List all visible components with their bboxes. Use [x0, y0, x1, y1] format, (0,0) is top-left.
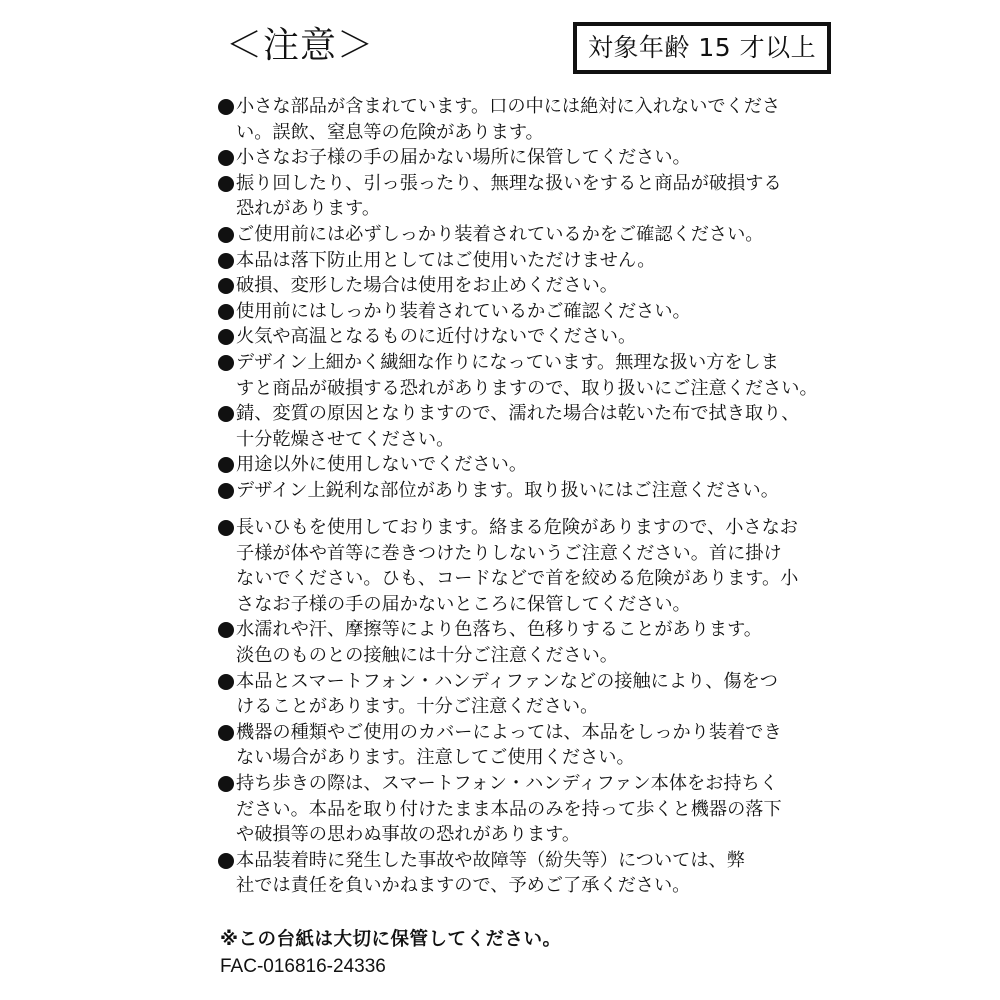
caution-item: 破損、変形した場合は使用をお止めください。	[218, 273, 848, 299]
caution-item: 用途以外に使用しないでください。	[218, 452, 848, 478]
caution-item: 使用前にはしっかり装着されているかご確認ください。	[218, 299, 848, 325]
caution-item-text: 火気や高温となるものに近付けないでください。	[236, 324, 848, 350]
bullet-icon	[218, 227, 234, 243]
caution-item-text: 本品とスマートフォン・ハンディファンなどの接触により、傷をつ けることがあります…	[236, 669, 848, 720]
caution-item-text: 破損、変形した場合は使用をお止めください。	[236, 273, 848, 299]
caution-item-text: 振り回したり、引っ張ったり、無理な扱いをすると商品が破損する 恐れがあります。	[236, 171, 848, 222]
caution-item: 本品装着時に発生した事故や故障等（紛失等）については、弊 社では責任を負いかねま…	[218, 848, 848, 899]
bullet-icon	[218, 725, 234, 741]
caution-list-product: 長いひもを使用しております。絡まる危険がありますので、小さなお 子様が体や首等に…	[218, 515, 848, 899]
caution-item-text: 長いひもを使用しております。絡まる危険がありますので、小さなお 子様が体や首等に…	[236, 515, 848, 617]
caution-item: 本品とスマートフォン・ハンディファンなどの接触により、傷をつ けることがあります…	[218, 669, 848, 720]
caution-item: 長いひもを使用しております。絡まる危険がありますので、小さなお 子様が体や首等に…	[218, 515, 848, 617]
age-rating-label: 対象年齢 15 才以上	[588, 26, 816, 70]
bullet-icon	[218, 99, 234, 115]
bullet-icon	[218, 776, 234, 792]
bullet-icon	[218, 176, 234, 192]
caution-title: ＜注意＞	[226, 20, 374, 72]
caution-item: デザイン上鋭利な部位があります。取り扱いにはご注意ください。	[218, 478, 848, 504]
product-code: FAC-016816-24336	[220, 954, 386, 980]
caution-item-text: 持ち歩きの際は、スマートフォン・ハンディファン本体をお持ちく ださい。本品を取り…	[236, 771, 848, 848]
caution-item: デザイン上細かく繊細な作りになっています。無理な扱い方をしま すと商品が破損する…	[218, 350, 848, 401]
caution-item: 振り回したり、引っ張ったり、無理な扱いをすると商品が破損する 恐れがあります。	[218, 171, 848, 222]
caution-item-text: 水濡れや汗、摩擦等により色落ち、色移りすることがあります。 淡色のものとの接触に…	[236, 617, 848, 668]
caution-item-text: 小さな部品が含まれています。口の中には絶対に入れないでくださ い。誤飲、窒息等の…	[236, 94, 848, 145]
bullet-icon	[218, 304, 234, 320]
bullet-icon	[218, 853, 234, 869]
caution-item: 水濡れや汗、摩擦等により色落ち、色移りすることがあります。 淡色のものとの接触に…	[218, 617, 848, 668]
caution-item-text: 機器の種類やご使用のカバーによっては、本品をしっかり装着でき ない場合があります…	[236, 720, 848, 771]
bullet-icon	[218, 355, 234, 371]
caution-item: 持ち歩きの際は、スマートフォン・ハンディファン本体をお持ちく ださい。本品を取り…	[218, 771, 848, 848]
bullet-icon	[218, 150, 234, 166]
keep-card-note: ※この台紙は大切に保管してください。	[220, 927, 562, 953]
bullet-icon	[218, 278, 234, 294]
caution-item-text: ご使用前には必ずしっかり装着されているかをご確認ください。	[236, 222, 848, 248]
caution-list-general: 小さな部品が含まれています。口の中には絶対に入れないでくださ い。誤飲、窒息等の…	[218, 94, 848, 504]
caution-item: 錆、変質の原因となりますので、濡れた場合は乾いた布で拭き取り、 十分乾燥させてく…	[218, 401, 848, 452]
bullet-icon	[218, 520, 234, 536]
caution-item-text: 本品は落下防止用としてはご使用いただけません。	[236, 248, 848, 274]
caution-item-text: デザイン上鋭利な部位があります。取り扱いにはご注意ください。	[236, 478, 848, 504]
caution-item: ご使用前には必ずしっかり装着されているかをご確認ください。	[218, 222, 848, 248]
bullet-icon	[218, 483, 234, 499]
caution-item: 火気や高温となるものに近付けないでください。	[218, 324, 848, 350]
caution-item: 小さなお子様の手の届かない場所に保管してください。	[218, 145, 848, 171]
caution-item-text: 本品装着時に発生した事故や故障等（紛失等）については、弊 社では責任を負いかねま…	[236, 848, 848, 899]
caution-item-text: デザイン上細かく繊細な作りになっています。無理な扱い方をしま すと商品が破損する…	[236, 350, 848, 401]
caution-item-text: 使用前にはしっかり装着されているかご確認ください。	[236, 299, 848, 325]
bullet-icon	[218, 622, 234, 638]
bullet-icon	[218, 457, 234, 473]
caution-item: 機器の種類やご使用のカバーによっては、本品をしっかり装着でき ない場合があります…	[218, 720, 848, 771]
caution-item-text: 用途以外に使用しないでください。	[236, 452, 848, 478]
caution-item: 小さな部品が含まれています。口の中には絶対に入れないでくださ い。誤飲、窒息等の…	[218, 94, 848, 145]
bullet-icon	[218, 406, 234, 422]
caution-item-text: 小さなお子様の手の届かない場所に保管してください。	[236, 145, 848, 171]
caution-item: 本品は落下防止用としてはご使用いただけません。	[218, 248, 848, 274]
age-rating-badge: 対象年齢 15 才以上	[573, 22, 831, 74]
caution-item-text: 錆、変質の原因となりますので、濡れた場合は乾いた布で拭き取り、 十分乾燥させてく…	[236, 401, 848, 452]
bullet-icon	[218, 329, 234, 345]
bullet-icon	[218, 253, 234, 269]
bullet-icon	[218, 674, 234, 690]
